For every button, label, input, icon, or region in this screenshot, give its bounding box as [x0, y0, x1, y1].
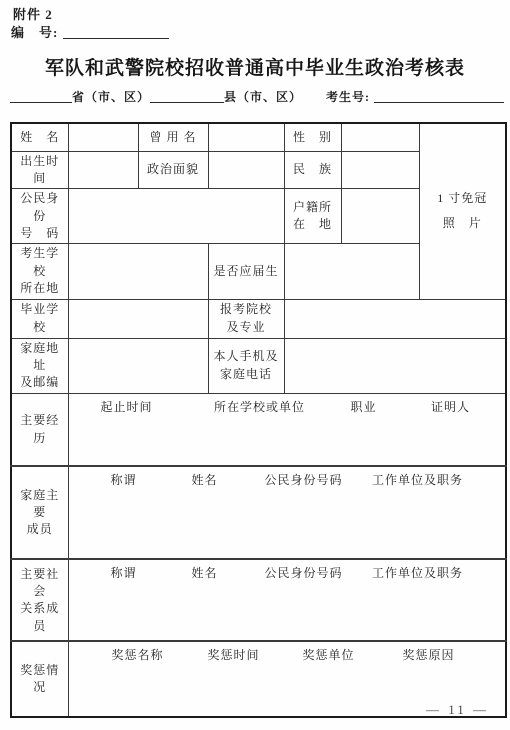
social-relations-label: 主要社会 关系成员: [11, 559, 68, 641]
experience-col-occupation: 职业: [350, 398, 376, 415]
form-number-label: 编 号:: [11, 25, 58, 40]
social-col-citizen-id: 公民身份号码: [264, 564, 342, 581]
rewards-col-unit: 奖惩单位: [302, 646, 354, 663]
social-col-work-unit: 工作单位及职务: [372, 564, 463, 581]
graduate-school-label: 毕业学校: [11, 299, 68, 338]
graduate-school-value-cell: [68, 299, 208, 338]
candidate-no-blank-line: [374, 90, 504, 103]
family-members-label: 家庭主要 成员: [11, 466, 68, 559]
county-label: 县（市、区）: [224, 90, 302, 104]
citizen-id-value-cell: [68, 189, 284, 244]
family-col-work-unit: 工作单位及职务: [372, 471, 463, 488]
form-number-row: 编 号:: [11, 22, 169, 41]
main-experience-label: 主要经历: [11, 393, 68, 466]
applied-school-label: 报考院校 及专业: [208, 299, 284, 338]
candidate-no-label: 考生号:: [326, 90, 370, 104]
family-col-name: 姓名: [191, 471, 217, 488]
birth-date-label: 出生时间: [11, 151, 68, 189]
political-status-label: 政治面貌: [138, 151, 208, 189]
political-status-value-cell: [208, 151, 284, 189]
former-name-value-cell: [208, 123, 284, 151]
household-location-value-cell: [341, 189, 419, 244]
citizen-id-label: 公民身份 号 码: [11, 189, 68, 244]
gender-label: 性 别: [284, 123, 341, 151]
applied-school-value-cell: [284, 299, 506, 338]
rewards-punishments-label: 奖惩情况: [11, 641, 68, 717]
page-title: 军队和武警院校招收普通高中毕业生政治考核表: [0, 53, 510, 80]
family-col-citizen-id: 公民身份号码: [264, 471, 342, 488]
family-col-relation: 称谓: [110, 471, 136, 488]
form-number-blank-line: [63, 26, 169, 39]
school-location-label: 考生学校 所在地: [11, 244, 68, 299]
fresh-graduate-label: 是否应届生: [208, 244, 284, 299]
family-members-content-cell: 称谓 姓名 公民身份号码 工作单位及职务: [68, 466, 506, 559]
scanned-form-page: 附件 2 编 号: 军队和武警院校招收普通高中毕业生政治考核表 省（市、区）县（…: [0, 0, 510, 730]
province-blank-line: [10, 90, 72, 103]
home-address-value-cell: [68, 338, 208, 393]
name-value-cell: [68, 123, 138, 151]
phone-label: 本人手机及 家庭电话: [208, 338, 284, 393]
gender-value-cell: [341, 123, 419, 151]
school-location-value-cell: [68, 244, 208, 299]
fresh-graduate-value-cell: [284, 244, 419, 299]
experience-col-reference: 证明人: [431, 398, 470, 415]
birth-date-value-cell: [68, 151, 138, 189]
social-col-relation: 称谓: [110, 564, 136, 581]
rewards-col-name: 奖惩名称: [111, 646, 163, 663]
name-label: 姓 名: [11, 123, 68, 151]
ethnicity-value-cell: [341, 151, 419, 189]
county-blank-line: [150, 90, 224, 103]
rewards-col-reason: 奖惩原因: [402, 646, 454, 663]
photo-placeholder-cell: 1 寸免冠 照 片: [419, 123, 506, 299]
home-address-label: 家庭地址 及邮编: [11, 338, 68, 393]
page-number: — 11 —: [426, 702, 489, 718]
former-name-label: 曾 用 名: [138, 123, 208, 151]
household-location-label: 户籍所 在 地: [284, 189, 341, 244]
experience-col-period: 起止时间: [100, 398, 152, 415]
province-label: 省（市、区）: [72, 90, 150, 104]
main-experience-content-cell: 起止时间 所在学校或单位 职业 证明人: [68, 393, 506, 466]
social-relations-content-cell: 称谓 姓名 公民身份号码 工作单位及职务: [68, 559, 506, 641]
location-row: 省（市、区）县（市、区）考生号:: [10, 88, 504, 105]
phone-value-cell: [284, 338, 506, 393]
ethnicity-label: 民 族: [284, 151, 341, 189]
attachment-label: 附件 2: [13, 4, 53, 23]
social-col-name: 姓名: [191, 564, 217, 581]
political-assessment-table: 姓 名 曾 用 名 性 别 1 寸免冠 照 片 出生时间 政治面貌 民 族 公民…: [10, 122, 507, 718]
rewards-col-time: 奖惩时间: [207, 646, 259, 663]
experience-col-school-or-unit: 所在学校或单位: [214, 398, 305, 415]
